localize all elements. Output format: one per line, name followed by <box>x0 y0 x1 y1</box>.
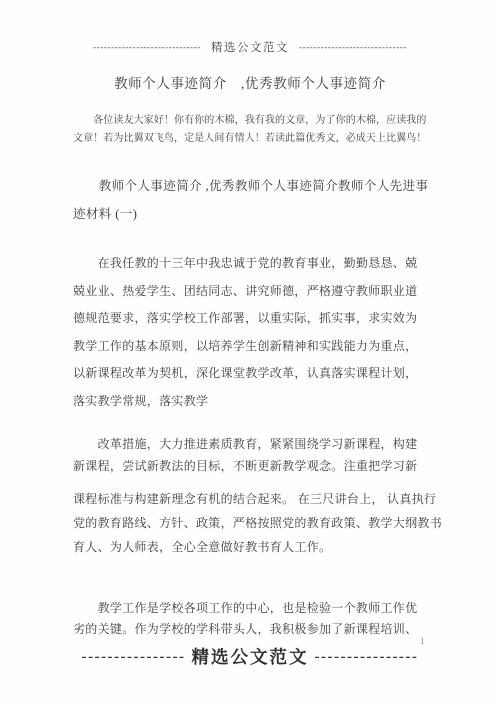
footer-dashes-left: ---------------- <box>82 649 186 665</box>
paragraph-line: 育人、为人师表，全心全意做好教书育人工作。 <box>73 535 441 559</box>
footer-label: 精选公文范文 <box>192 647 309 667</box>
paragraph-line: 教学工作的基本原则，以培养学生创新精神和实践能力为重点， <box>73 333 437 361</box>
page-footer: ----------------精选公文范文---------------- <box>0 644 500 669</box>
paragraph-line: 兢业业、热爱学生、团结同志、讲究师德，严格遵守教师职业道 <box>73 278 437 306</box>
paragraph-line: 德规范要求，落实学校工作部署，以重实际，抓实事，求实效为 <box>73 305 437 333</box>
document-page: ------------------------------精选公文范文----… <box>0 0 500 707</box>
paragraph-line: 教学工作是学校各项工作的中心，也是检验一个教师工作优 <box>73 598 437 619</box>
body-paragraph-3: 教学工作是学校各项工作的中心，也是检验一个教师工作优 劣的关键。作为学校的学科带… <box>73 598 437 639</box>
header-dashes-left: ------------------------------ <box>93 42 201 52</box>
greeting-line: 各位读友大家好！你有你的木棉，我有我的文章，为了你的木棉，应读我的 <box>73 112 433 130</box>
paragraph-line: 新课程，尝试新教法的目标，不断更新教学观念。注重把学习新 <box>73 456 437 478</box>
document-title: 教师个人事迹简介 ,优秀教师个人事迹简介 <box>0 72 500 92</box>
paragraph-line: 改革措施，大力推进素质教育，紧紧围绕学习新课程，构建 <box>73 434 437 456</box>
section-subtitle: 教师个人事迹简介 ,优秀教师个人事迹简介教师个人先进事 迹材料 (一) <box>73 172 437 228</box>
header-label: 精选公文范文 <box>211 42 289 54</box>
header-dashes-right: ------------------------------ <box>299 42 407 52</box>
body-paragraph-2-lower: 课程标准与构建新理念有机的结合起来。 在三尺讲台上， 认真执行 党的教育路线、方… <box>73 487 441 559</box>
page-header: ------------------------------精选公文范文----… <box>0 38 500 56</box>
paragraph-line: 落实教学常规，落实教学 <box>73 388 437 416</box>
body-paragraph-2-upper: 改革措施，大力推进素质教育，紧紧围绕学习新课程，构建 新课程，尝试新教法的目标，… <box>73 434 437 477</box>
paragraph-line: 课程标准与构建新理念有机的结合起来。 在三尺讲台上， 认真执行 <box>73 487 441 511</box>
subtitle-line: 教师个人事迹简介 ,优秀教师个人事迹简介教师个人先进事 <box>73 172 437 200</box>
paragraph-line: 劣的关键。作为学校的学科带头人，我积极参加了新课程培训、 <box>73 619 437 640</box>
footer-dashes-right: ---------------- <box>315 649 419 665</box>
paragraph-line: 以新课程改革为契机，深化课堂教学改革，认真落实课程计划， <box>73 360 437 388</box>
paragraph-line: 在我任教的十三年中我忠诚于党的教育事业，勤勤恳恳、兢 <box>73 250 437 278</box>
paragraph-line: 党的教育路线、方针、政策，严格按照党的教育政策、教学大纲教书 <box>73 511 441 535</box>
body-paragraph-1: 在我任教的十三年中我忠诚于党的教育事业，勤勤恳恳、兢 兢业业、热爱学生、团结同志… <box>73 250 437 415</box>
subtitle-line: 迹材料 (一) <box>73 200 437 228</box>
greeting-line: 文章！若为比翼双飞鸟，定是人间有情人！若读此篇优秀文，必成天上比翼鸟！ <box>73 130 433 148</box>
greeting-paragraph: 各位读友大家好！你有你的木棉，我有我的文章，为了你的木棉，应读我的 文章！若为比… <box>73 112 433 147</box>
